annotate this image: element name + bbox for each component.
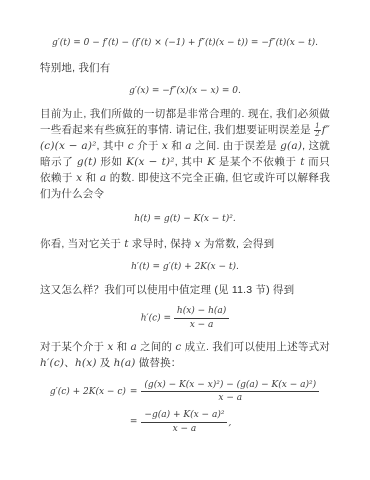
final-row1-left-side: g′(c) + 2K(x − c) [50,377,126,408]
equation-final-row-1: g′(c) + 2K(x − c) = (g(x) − K(x − x)²) −… [50,377,320,408]
math-inline: c [128,140,134,152]
math-inline: c [175,341,181,353]
math-inline: x [162,140,168,152]
math-inline: a [185,140,191,152]
inline-fraction: 12 [314,123,321,138]
equation-g-prime-t: g′(t) = 0 − f′(t) − (f′(t) × (−1) + f″(t… [40,36,330,50]
equation-h-prime: h′(t) = g′(t) + 2K(x − t). [40,260,330,274]
final-row2-left-side [50,407,126,438]
math-inline: a [130,341,136,353]
equals-sign: = [126,407,142,438]
paragraph-so-far: 目前为止, 我们所做的一切都是非常合理的. 现在, 我们必须做一些看起来有些疯狂… [40,106,330,202]
math-inline: K [207,156,215,168]
math-inline: x [195,238,201,250]
fraction-numerator: h(x) − h(a) [174,306,229,318]
equation-final-row-2: = −g(a) + K(x − a)²x − a, [50,407,320,438]
math-inline: h′(c) [40,357,64,369]
paragraph-what-about: 这又怎么样？我们可以使用中值定理 (见 11.3 节) 得到 [40,282,330,298]
final-row1-fraction: (g(x) − K(x − x)²) − (g(a) − K(x − a)²)x… [141,380,319,405]
math-inline: x [107,341,113,353]
paragraph-you-see: 你看, 当对它关于 t 求导时, 保持 x 为常数, 会得到 [40,236,330,252]
math-inline: t [300,156,304,168]
equation-g-prime-x: g′(x) = −f″(x)(x − x) = 0. [40,84,330,98]
equation-final-aligned: g′(c) + 2K(x − c) = (g(x) − K(x − x)²) −… [50,377,320,438]
mvt-fraction: h(x) − h(a)x − a [174,306,229,331]
equation-h-definition: h(t) = g(t) − K(x − t)². [40,212,330,226]
book-page: g′(t) = 0 − f′(t) − (f′(t) × (−1) + f″(t… [0,0,370,480]
math-inline: a [100,172,106,184]
equals-sign: = [126,377,142,408]
fraction-numerator: (g(x) − K(x − x)²) − (g(a) − K(x − a)²) [141,380,319,392]
fraction-numerator: −g(a) + K(x − a)² [141,410,227,422]
math-inline: t [124,238,128,250]
fraction-denominator: x − a [174,318,229,331]
math-inline: h(a) [114,357,136,369]
fraction-denominator: x − a [141,391,319,404]
paragraph-for-some-c: 对于某个介于 x 和 a 之间的 c 成立. 我们可以使用上述等式对 h′(c)… [40,339,330,371]
math-inline: x [76,172,82,184]
math-inline: K(x − t)² [126,156,175,168]
equation-mean-value: h′(c) = h(x) − h(a)x − a [40,306,330,331]
mvt-left-side: h′(c) = [141,314,174,324]
fraction-denominator: x − a [141,422,227,435]
math-inline: g(a) [280,140,302,152]
final-row2-fraction: −g(a) + K(x − a)²x − a [141,410,227,435]
paragraph-especially: 特别地, 我们有 [40,60,330,76]
math-inline: h(x) [75,357,97,369]
row-tail-punctuation: , [228,418,231,428]
math-inline: g(t) [77,156,97,168]
